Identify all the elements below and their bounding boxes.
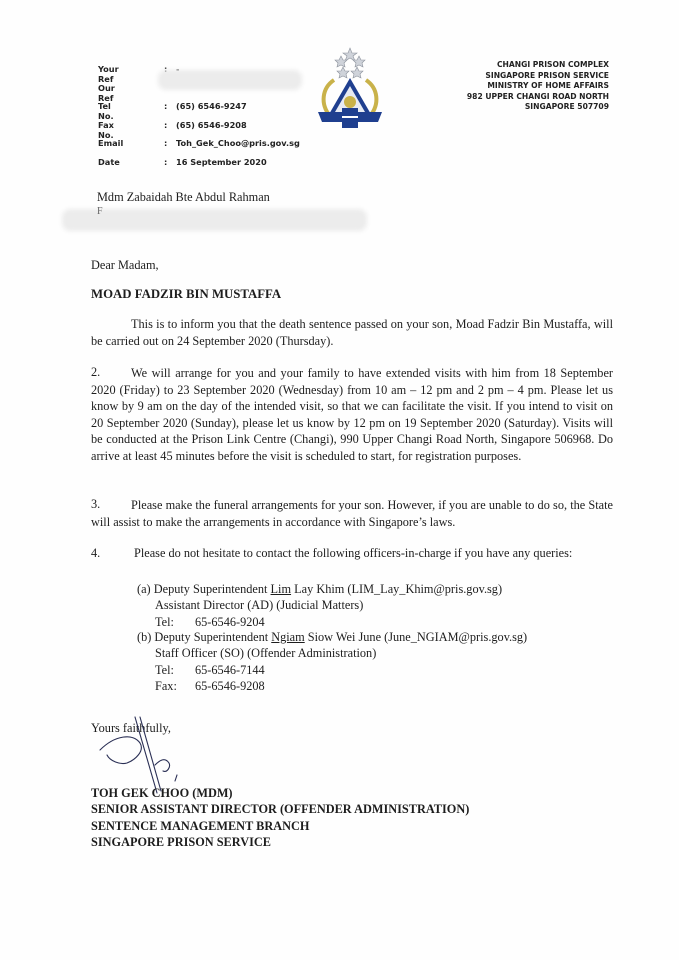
officer-contact-tel: Tel:65-6546-7144	[137, 662, 527, 678]
officer-marker: (a)	[137, 582, 151, 596]
contact-key: Fax:	[155, 678, 195, 694]
signatory-name: TOH GEK CHOO (MDM)	[91, 785, 469, 801]
ref-label: Date	[98, 157, 120, 167]
sender-address: CHANGI PRISON COMPLEX SINGAPORE PRISON S…	[467, 60, 609, 113]
ref-colon: :	[164, 120, 167, 130]
officer-marker: (b)	[137, 630, 151, 644]
signatory-branch: SENTENCE MANAGEMENT BRANCH	[91, 818, 469, 834]
ref-value: (65) 6546-9247	[176, 101, 247, 111]
officer-role: Staff Officer (SO) (Offender Administrat…	[137, 645, 527, 661]
officer-b: (b) Deputy Superintendent Ngiam Siow Wei…	[137, 629, 527, 694]
singapore-prison-service-crest-icon	[312, 46, 388, 130]
officer-role: Assistant Director (AD) (Judicial Matter…	[137, 597, 502, 613]
paragraph-1: This is to inform you that the death sen…	[91, 316, 613, 349]
officer-a: (a) Deputy Superintendent Lim Lay Khim (…	[137, 581, 502, 630]
address-line: SINGAPORE PRISON SERVICE	[467, 71, 609, 82]
ref-label: Email	[98, 138, 123, 148]
paragraph-3-text: Please make the funeral arrangements for…	[91, 498, 613, 529]
paragraph-2-text: We will arrange for you and your family …	[91, 366, 613, 463]
ref-value: (65) 6546-9208	[176, 120, 247, 130]
salutation: Dear Madam,	[91, 258, 159, 273]
signatory-title: SENIOR ASSISTANT DIRECTOR (OFFENDER ADMI…	[91, 801, 469, 817]
officer-surname: Ngiam	[271, 630, 304, 644]
officer-surname: Lim	[271, 582, 292, 596]
address-line: MINISTRY OF HOME AFFAIRS	[467, 81, 609, 92]
officer-contact-fax: Fax:65-6546-9208	[137, 678, 527, 694]
recipient-name: Mdm Zabaidah Bte Abdul Rahman	[97, 190, 270, 205]
ref-value: 16 September 2020	[176, 157, 267, 167]
ref-label: Our Ref	[98, 83, 115, 103]
address-line: CHANGI PRISON COMPLEX	[467, 60, 609, 71]
ref-colon: :	[164, 138, 167, 148]
contact-value: 65-6546-9208	[195, 679, 265, 693]
officer-name-email: Lay Khim (LIM_Lay_Khim@pris.gov.sg)	[294, 582, 502, 596]
signatory-organization: SINGAPORE PRISON SERVICE	[91, 834, 469, 850]
letter-page: Your Ref : - Our Ref Tel No. : (65) 6546…	[0, 0, 679, 960]
address-line: 982 UPPER CHANGI ROAD NORTH	[467, 92, 609, 103]
paragraph-3: Please make the funeral arrangements for…	[91, 497, 613, 530]
ref-label: Fax No.	[98, 120, 114, 140]
paragraph-4-text: Please do not hesitate to contact the fo…	[134, 546, 572, 561]
ref-colon: :	[164, 101, 167, 111]
paragraph-2: We will arrange for you and your family …	[91, 365, 613, 465]
contact-value: 65-6546-7144	[195, 663, 265, 677]
handwritten-signature-icon	[95, 715, 215, 795]
officer-prefix: Deputy Superintendent	[154, 582, 268, 596]
officer-name-email: Siow Wei June (June_NGIAM@pris.gov.sg)	[308, 630, 527, 644]
ref-colon: :	[164, 157, 167, 167]
ref-value: Toh_Gek_Choo@pris.gov.sg	[176, 138, 300, 148]
paragraph-4-number: 4.	[91, 546, 100, 561]
contact-key: Tel:	[155, 614, 195, 630]
redaction-our-ref	[158, 70, 302, 90]
officer-prefix: Deputy Superintendent	[154, 630, 268, 644]
officer-contact-tel: Tel:65-6546-9204	[137, 614, 502, 630]
ref-label: Tel No.	[98, 101, 114, 121]
subject-line: MOAD FADZIR BIN MUSTAFFA	[91, 287, 281, 302]
redaction-recipient-address	[62, 209, 367, 231]
contact-key: Tel:	[155, 662, 195, 678]
contact-value: 65-6546-9204	[195, 615, 265, 629]
signatory-block: TOH GEK CHOO (MDM) SENIOR ASSISTANT DIRE…	[91, 785, 469, 851]
ref-label: Your Ref	[98, 64, 119, 84]
address-line: SINGAPORE 507709	[467, 102, 609, 113]
recipient-address-initial: F	[97, 206, 103, 217]
paragraph-1-text: This is to inform you that the death sen…	[91, 317, 613, 348]
